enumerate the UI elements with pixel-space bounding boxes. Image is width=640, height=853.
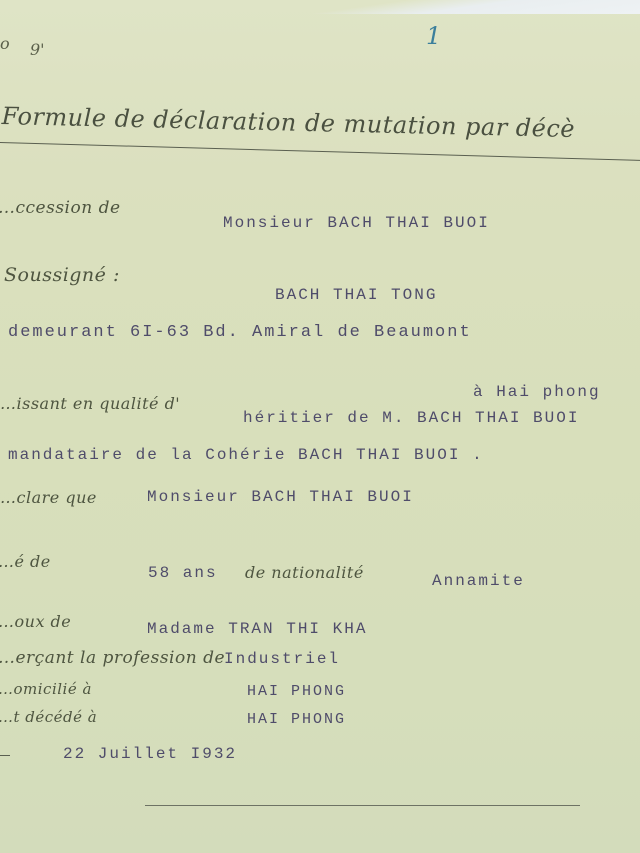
value-deces-lieu: HAI PHONG [247, 711, 346, 728]
label-declare-que: …clare que [0, 488, 97, 507]
page-number: 1 [426, 22, 441, 50]
corner-mark-9: 9' [30, 40, 45, 59]
value-qualite-mandatary: mandataire de la Cohérie BACH THAI BUOI … [8, 446, 484, 464]
value-age: 58 ans [148, 564, 218, 582]
paper-top-edge [0, 0, 640, 14]
value-deceased-name: Monsieur BACH THAI BUOI [223, 214, 490, 232]
document-title: Formule de déclaration de mutation par d… [1, 102, 575, 143]
value-address: demeurant 6I-63 Bd. Amiral de Beaumont [8, 323, 472, 342]
corner-mark-o: o [0, 34, 10, 53]
value-declared-person: Monsieur BACH THAI BUOI [147, 488, 414, 506]
date-label-dash [0, 755, 10, 756]
label-succession: …ccession de [0, 198, 121, 218]
label-epoux: …oux de [0, 612, 71, 631]
label-age: …é de [0, 552, 51, 571]
label-nationalite: de nationalité [245, 563, 364, 582]
title-underline [0, 142, 640, 161]
value-signatory-name: BACH THAI TONG [275, 286, 437, 304]
value-nationality: Annamite [432, 572, 525, 590]
label-qualite: …issant en qualité d' [0, 394, 180, 413]
value-spouse: Madame TRAN THI KHA [147, 620, 367, 638]
value-death-date: 22 Juillet I932 [63, 745, 237, 763]
value-qualite-heir: héritier de M. BACH THAI BUOI [243, 409, 579, 427]
value-address-city: à Hai phong [473, 383, 601, 401]
bottom-rule [145, 805, 580, 806]
label-soussigne: Soussigné : [4, 264, 120, 286]
label-domicile: …omicilié à [0, 680, 92, 698]
value-profession: Industriel [224, 650, 340, 668]
value-domicile: HAI PHONG [247, 683, 346, 700]
label-deces-lieu: …t décédé à [0, 708, 97, 726]
label-profession: …erçant la profession de [0, 648, 225, 668]
